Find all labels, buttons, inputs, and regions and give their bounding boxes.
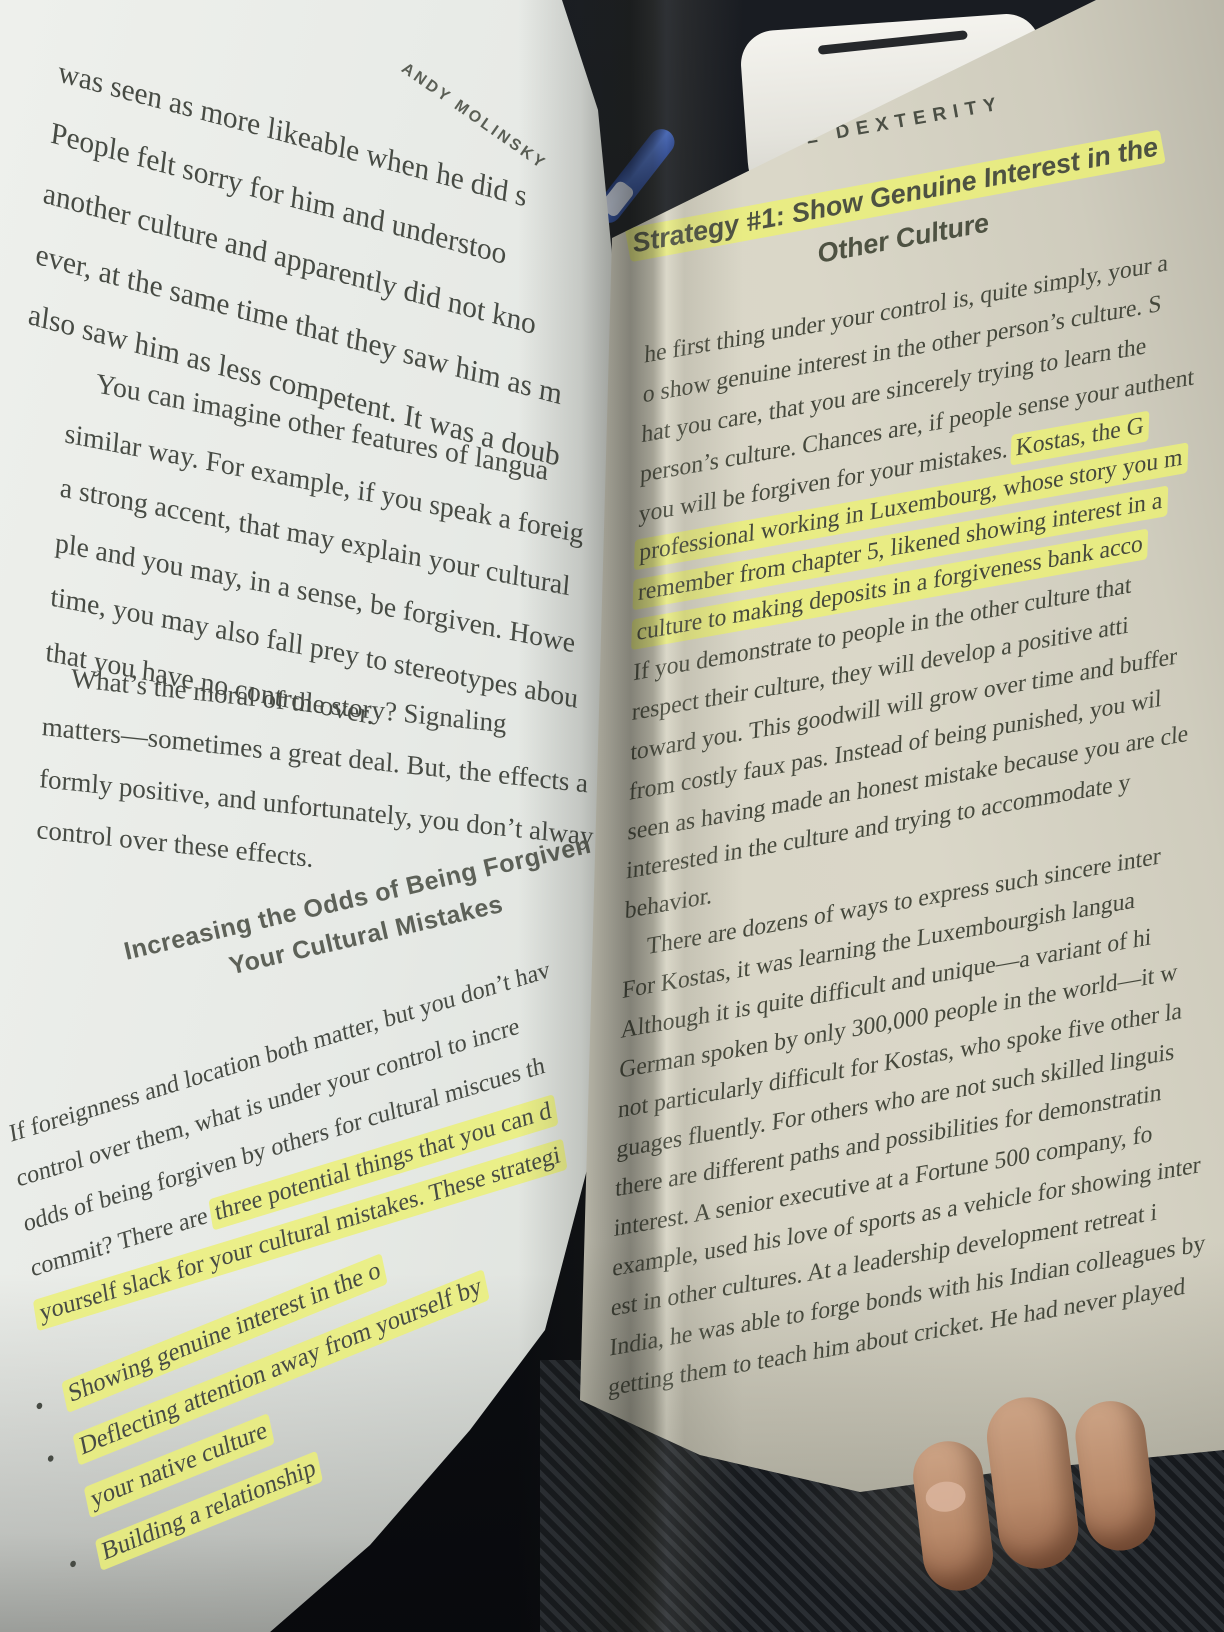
fingernail — [924, 1479, 967, 1514]
case-slot — [818, 30, 968, 55]
book-photo: { "colors":{"background":"#0c0e12","page… — [0, 0, 1224, 1632]
right-body-text: he first thing under your control is, qu… — [608, 231, 1224, 1408]
